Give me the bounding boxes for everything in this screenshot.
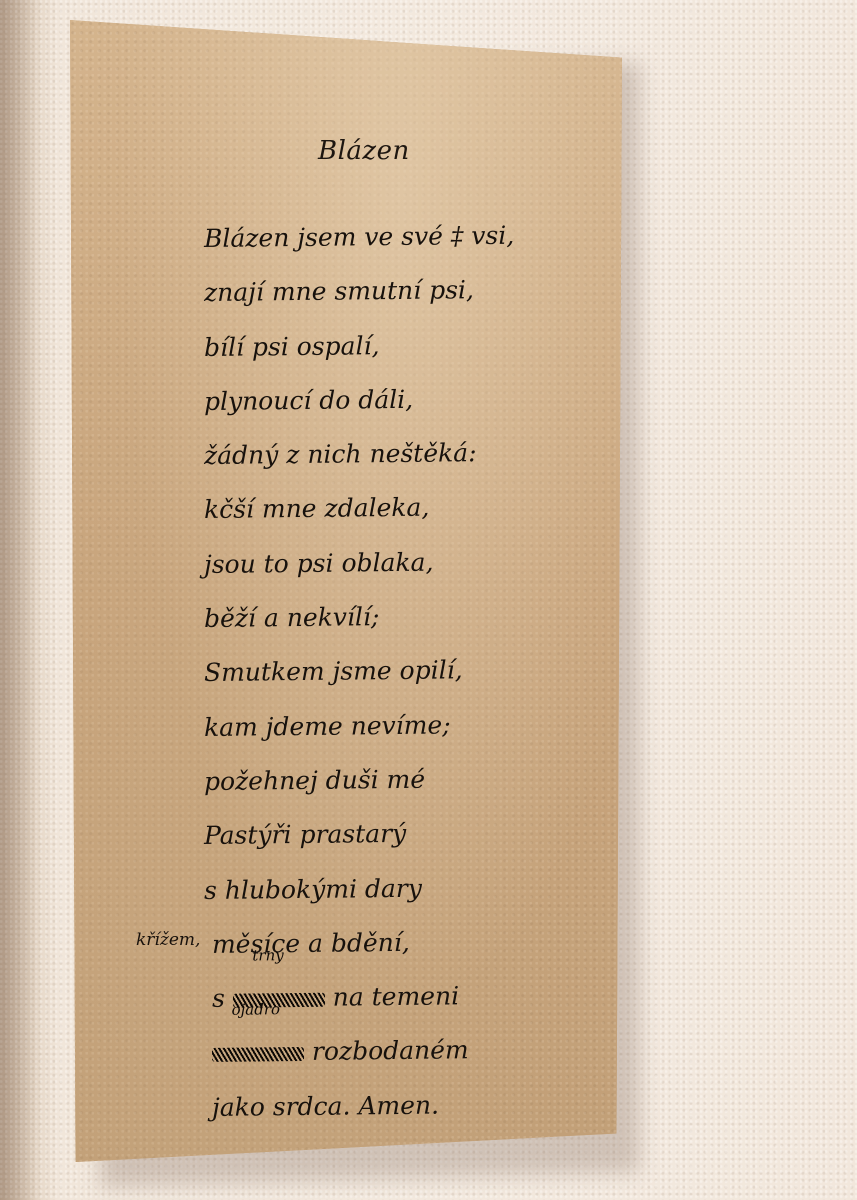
poem-line: jsou to psi oblaka, <box>204 535 515 593</box>
poem-line: žádný z nich neštěká: <box>204 426 515 484</box>
poem-line: bílí psi ospalí, <box>204 317 515 375</box>
margin-insertion: křížem, <box>136 930 200 950</box>
poem-line: měsíce a bdění, <box>204 915 515 973</box>
scribble-strikethrough <box>212 1047 304 1062</box>
line-rest: na temeni <box>333 981 460 1011</box>
poem-line: požehnej duši mé <box>204 752 515 810</box>
line-prefix: s <box>212 984 233 1013</box>
poem-line: běží a nekvílí; <box>204 589 515 647</box>
poem-line: jako srdca. Amen. <box>204 1078 515 1136</box>
wall-corner-shadow <box>0 0 40 1200</box>
poem-title: Blázen <box>318 136 410 166</box>
poem-line-corrected: ojadro rozbodaném <box>204 1023 515 1081</box>
poem-line: Pastýři prastarý <box>204 806 515 864</box>
correction-above: trny <box>252 947 284 963</box>
poem-line: kčší mne zdaleka, <box>204 480 515 538</box>
line-rest: rozbodaném <box>312 1036 469 1067</box>
poem-line: Smutkem jsme opilí, <box>204 643 515 701</box>
correction-above: ojadro <box>231 1002 280 1019</box>
poem-line: kam jdeme nevíme; <box>204 697 515 755</box>
poem-line: znají mne smutní psi, <box>204 263 515 321</box>
struck-out-word: ojadro <box>212 1025 305 1080</box>
poem-line: plynoucí do dáli, <box>204 372 515 430</box>
poem-line: s hlubokými dary <box>204 860 515 918</box>
poem-line: Blázen jsem ve své ‡ vsi, <box>204 209 515 267</box>
poem-body: Blázen jsem ve své ‡ vsi, znají mne smut… <box>204 212 514 1135</box>
